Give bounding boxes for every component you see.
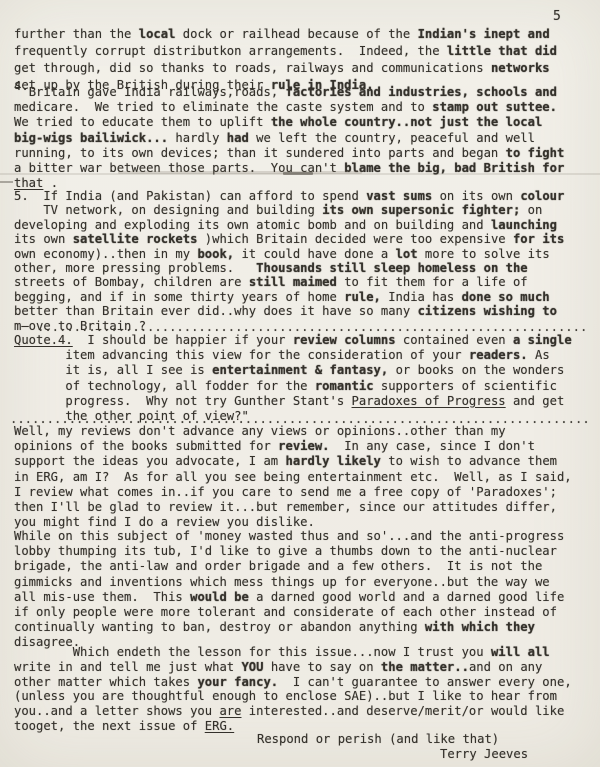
erasure-smudge — [0, 181, 13, 183]
paragraph-closing: Which endeth the lesson for this issue..… — [14, 645, 572, 734]
typewritten-page: 5 further than the local dock or railhea… — [0, 0, 600, 767]
paragraph-point-5-india: 5. If India (and Pakistan) can afford to… — [14, 189, 564, 333]
signature: Terry Jeeves — [440, 747, 528, 762]
quote-4-block: Quote.4. I should be happier if your rev… — [14, 333, 572, 424]
signoff-line: Respond or perish (and like that) — [257, 732, 499, 747]
page-number: 5 — [553, 10, 561, 24]
dotted-divider-top: ........................................… — [37, 321, 587, 333]
paragraph-point-4-britain: 4.Britain gave India railways,roads, fac… — [14, 85, 564, 191]
paragraph-dock-railhead: further than the local dock or railhead … — [14, 26, 557, 94]
paragraph-anti-progress: While on this subject of 'money wasted t… — [14, 529, 564, 651]
paragraph-review-reply: Well, my reviews don't advance any views… — [14, 424, 572, 530]
